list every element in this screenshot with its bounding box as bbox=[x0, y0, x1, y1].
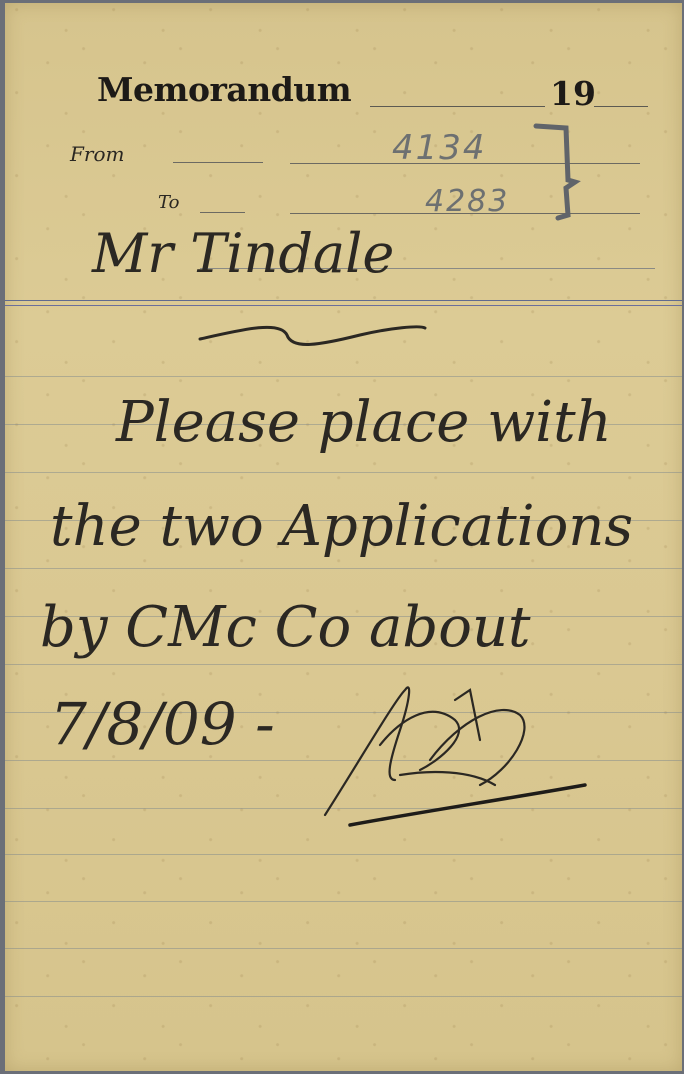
ruled-line bbox=[5, 376, 682, 377]
from-line bbox=[173, 162, 263, 163]
to-label: To bbox=[158, 192, 179, 213]
from-label: From bbox=[70, 142, 124, 166]
date-line: 7/8/09 - bbox=[50, 690, 275, 758]
ruled-line bbox=[5, 808, 682, 809]
header-double-rule bbox=[5, 300, 682, 306]
body-line-2: the two Applications bbox=[50, 494, 633, 559]
addressee: Mr Tindale bbox=[92, 222, 394, 285]
body-line-1: Please place with bbox=[116, 390, 612, 455]
ruled-line bbox=[5, 854, 682, 855]
ruled-line bbox=[5, 901, 682, 902]
ruled-line bbox=[5, 760, 682, 761]
title-date-line bbox=[370, 106, 545, 107]
ruled-line bbox=[5, 472, 682, 473]
to-line bbox=[200, 212, 245, 213]
ruled-line bbox=[5, 996, 682, 997]
ruled-line bbox=[5, 664, 682, 665]
year-line bbox=[594, 106, 648, 107]
pencil-number-1: 4134 bbox=[392, 128, 487, 168]
ruled-line bbox=[5, 948, 682, 949]
ruled-line bbox=[5, 568, 682, 569]
year-prefix: 19 bbox=[550, 74, 596, 113]
pencil-number-2: 4283 bbox=[425, 184, 509, 219]
memo-title: Memorandum bbox=[97, 70, 351, 109]
body-line-3: by CMc Co about bbox=[40, 595, 531, 660]
